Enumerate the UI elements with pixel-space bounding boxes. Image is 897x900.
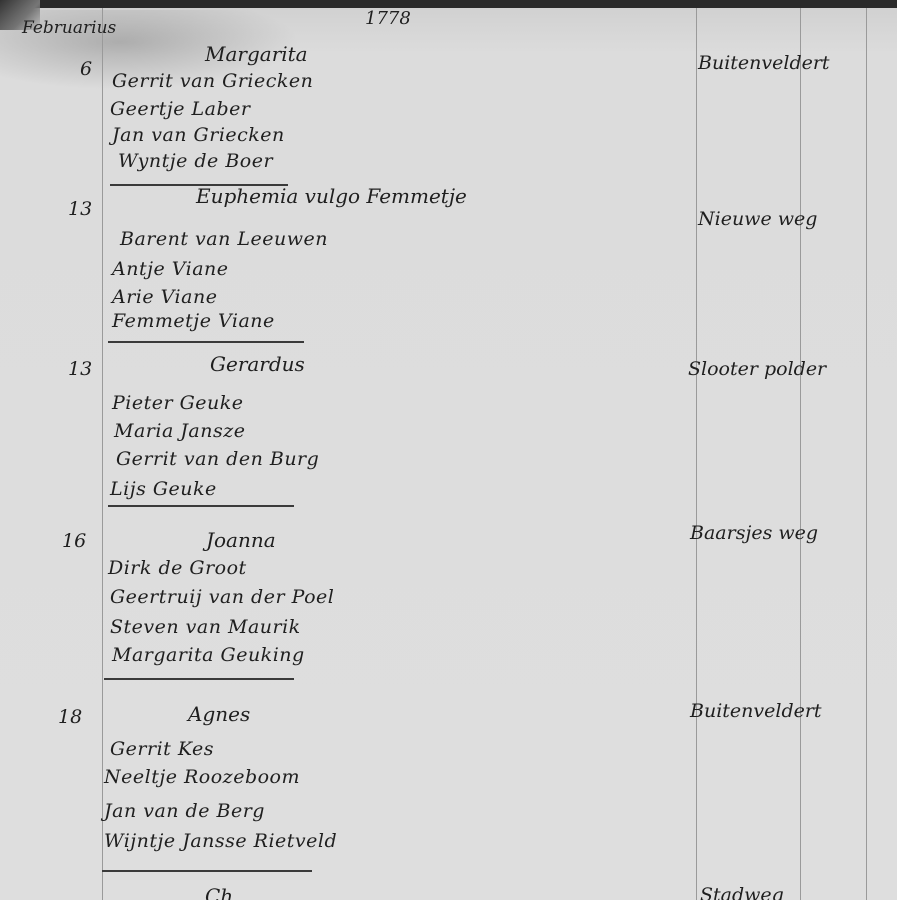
witness-name: Gerrit van Griecken [112, 70, 313, 92]
register-page: Februarius 1778 6 Margarita Gerrit van G… [0, 0, 897, 900]
entry-divider [108, 341, 304, 343]
place-name: Nieuwe weg [698, 208, 817, 230]
child-name: Joanna [206, 528, 276, 552]
child-name-partial: Ch... ... [205, 884, 278, 900]
entry-divider [108, 505, 294, 507]
place-name: Slooter polder [688, 358, 826, 380]
witness-name: Geertruij van der Poel [110, 586, 334, 608]
witness-name: Lijs Geuke [110, 478, 217, 500]
witness-name: Jan van Griecken [112, 124, 285, 146]
column-rule-place [696, 8, 697, 900]
witness-name: Jan van de Berg [104, 800, 265, 822]
entry-divider [102, 870, 312, 872]
margin-rule [102, 8, 103, 900]
place-name: Buitenveldert [690, 700, 822, 722]
place-name-partial: Stadweg [700, 884, 784, 900]
witness-name: Maria Jansze [114, 420, 246, 442]
place-name: Baarsjes weg [690, 522, 818, 544]
witness-name: Barent van Leeuwen [120, 228, 328, 250]
child-name: Gerardus [210, 352, 305, 376]
witness-name: Dirk de Groot [108, 557, 247, 579]
place-name: Buitenveldert [698, 52, 830, 74]
child-name: Euphemia vulgo Femmetje [196, 184, 467, 208]
entry-day: 6 [80, 58, 92, 80]
column-rule-2 [800, 8, 801, 900]
child-name: Agnes [188, 702, 250, 726]
entry-day: 13 [68, 358, 92, 380]
witness-name: Margarita Geuking [112, 644, 305, 666]
entry-day: 13 [68, 198, 92, 220]
witness-name: Femmetje Viane [112, 310, 275, 332]
witness-name: Wijntje Jansse Rietveld [104, 830, 337, 852]
witness-name: Pieter Geuke [112, 392, 244, 414]
entry-day: 18 [58, 706, 82, 728]
entry-divider [104, 678, 294, 680]
witness-name: Antje Viane [112, 258, 229, 280]
witness-name: Geertje Laber [110, 98, 251, 120]
year-heading: 1778 [365, 8, 411, 29]
witness-name: Gerrit van den Burg [116, 448, 319, 470]
witness-name: Arie Viane [112, 286, 217, 308]
child-name: Margarita [205, 42, 308, 66]
column-rule-3 [866, 8, 867, 900]
witness-name: Wyntje de Boer [118, 150, 273, 172]
entry-day: 16 [62, 530, 86, 552]
witness-name: Gerrit Kes [110, 738, 214, 760]
witness-name: Steven van Maurik [110, 616, 301, 638]
witness-name: Neeltje Roozeboom [104, 766, 300, 788]
page-top-edge [0, 0, 897, 8]
month-heading: Februarius [22, 18, 116, 38]
